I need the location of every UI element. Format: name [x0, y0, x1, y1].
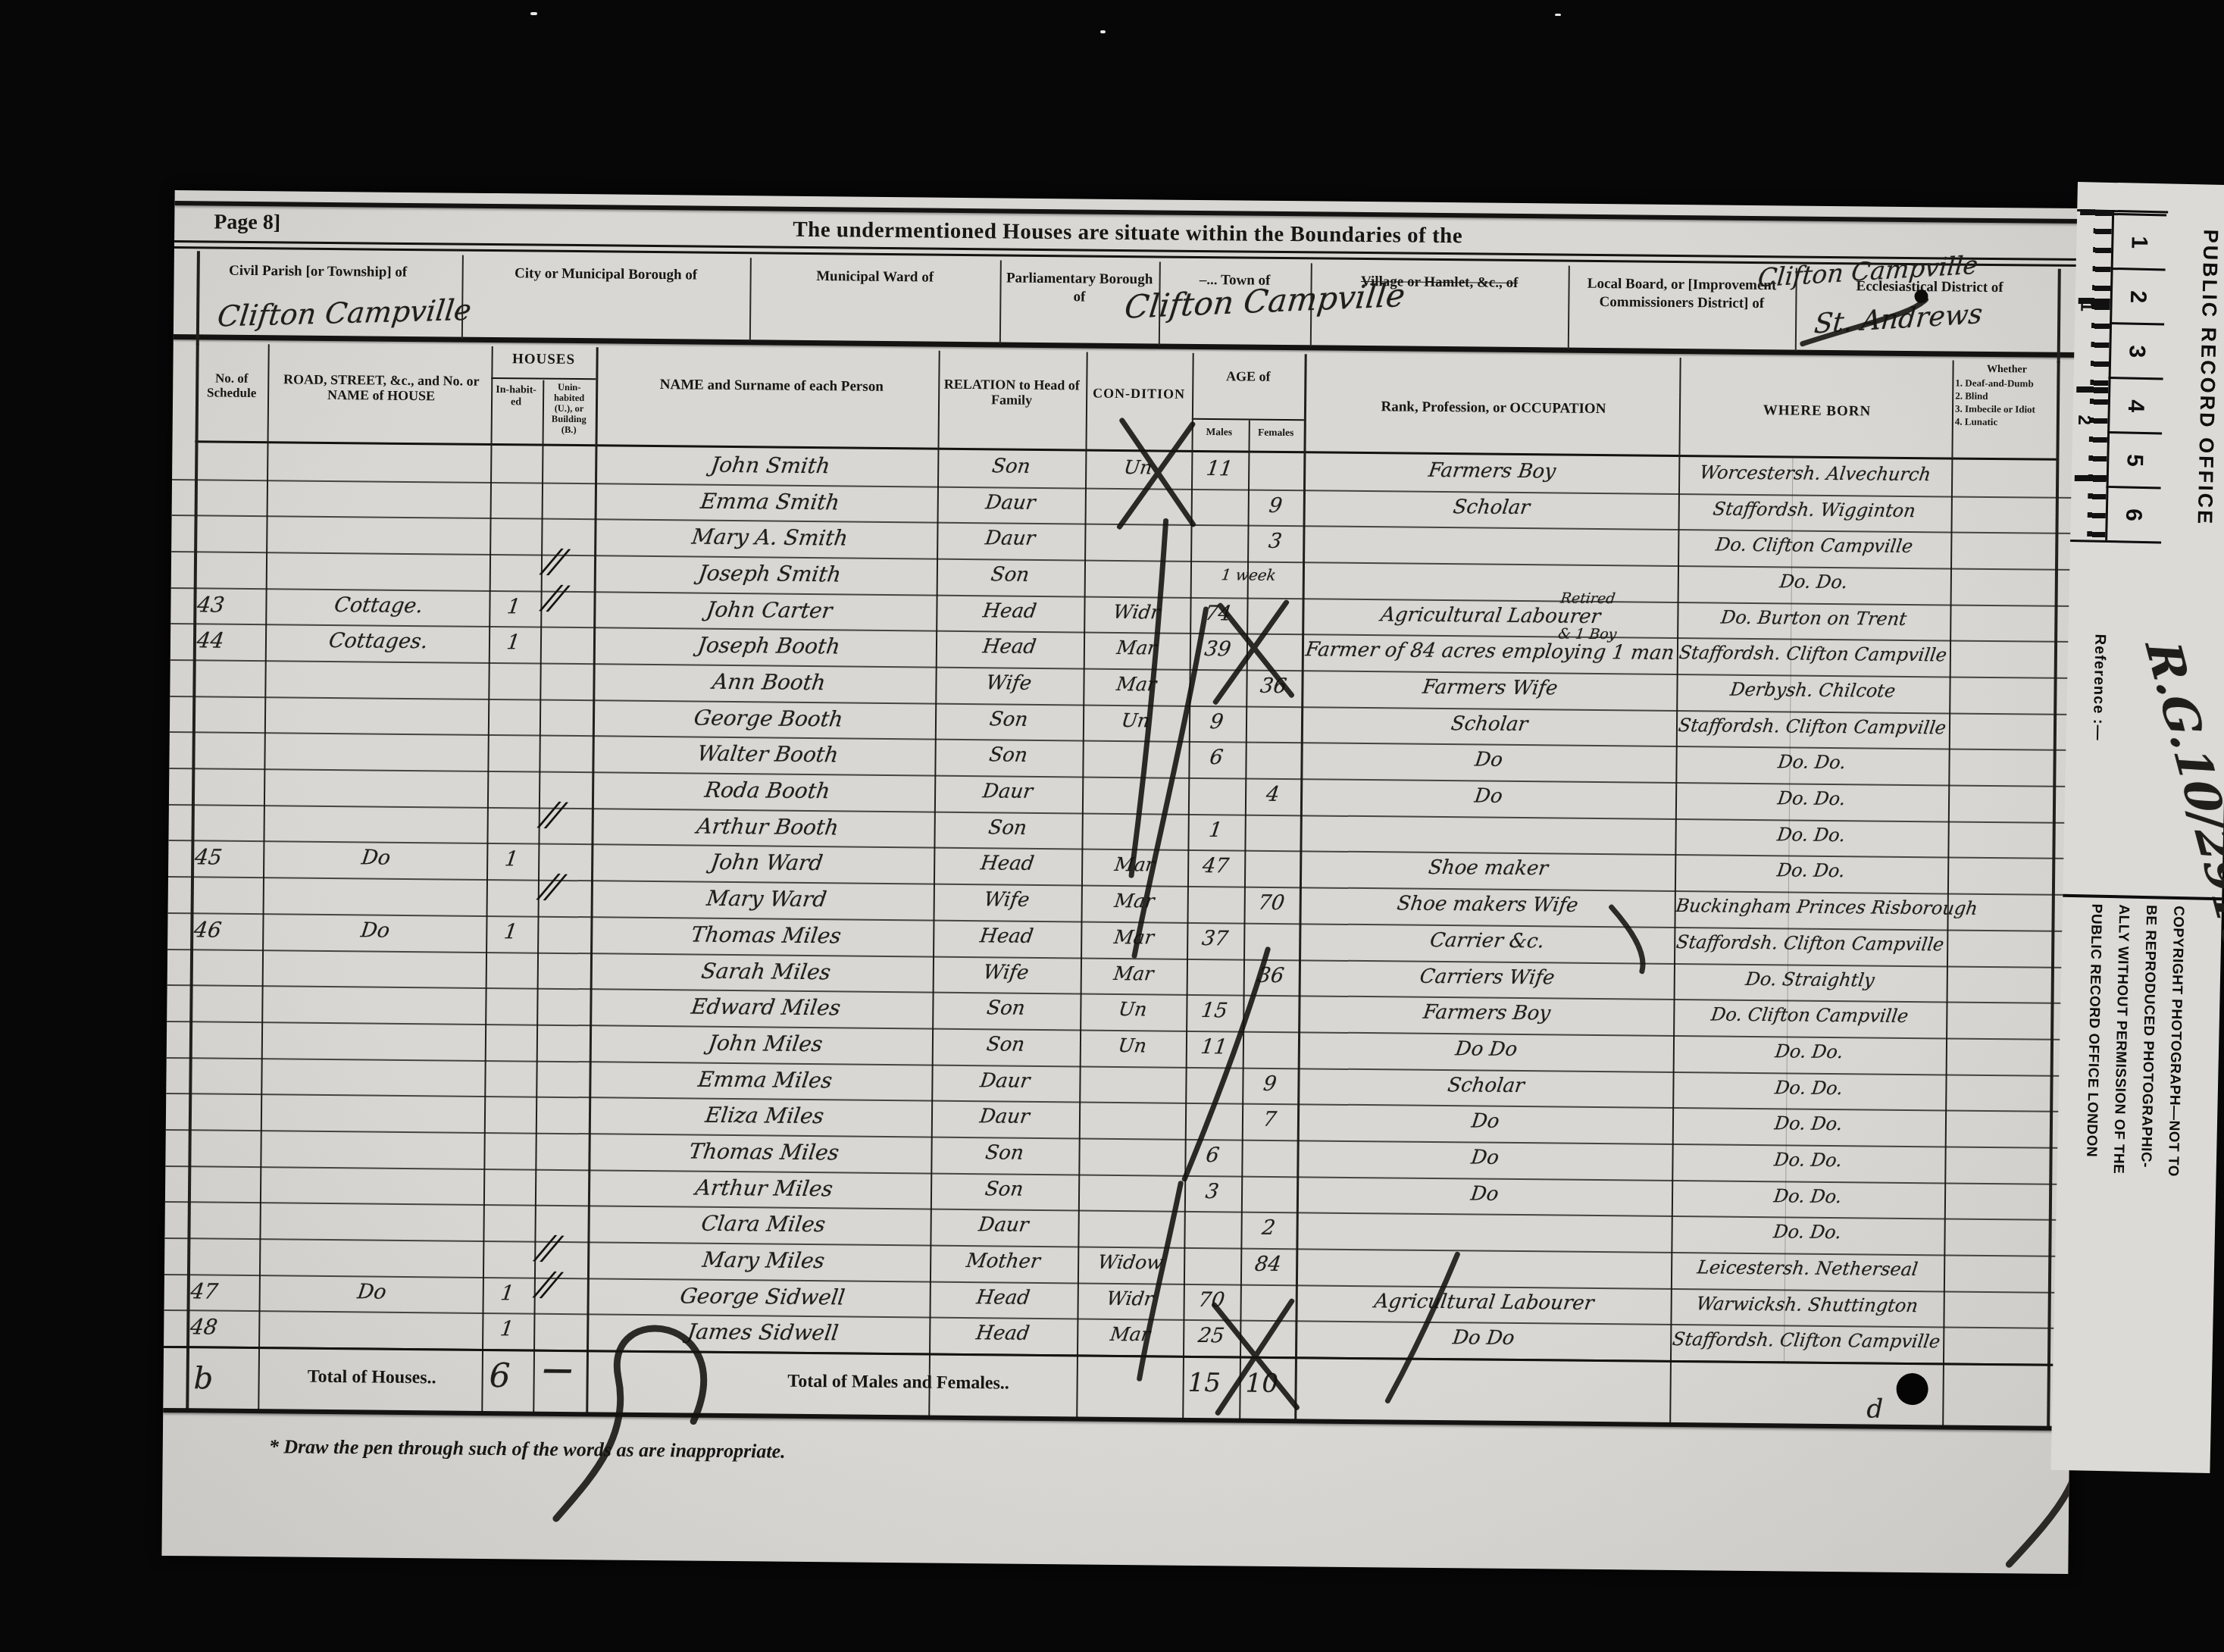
cell-name: Sarah Miles — [603, 957, 929, 986]
cell-rel-value: Wife — [985, 671, 1034, 695]
cell-rel: Son — [936, 743, 1080, 768]
cell-occ-note: & 1 Boy — [1504, 625, 1671, 644]
cell-road-value: Cottage. — [333, 593, 424, 618]
col-disability-title: Whether — [1955, 364, 2058, 377]
cell-agem-value: 1 week — [1220, 565, 1277, 584]
col-born: WHERE BORN — [1682, 402, 1952, 421]
cell-occ: Do Do — [1298, 1325, 1669, 1352]
cell-agem: 11 — [1187, 1035, 1240, 1059]
disability-item: 2. Blind — [1955, 390, 2061, 403]
cell-born-value: Buckingham Princes Risborough — [1675, 895, 1979, 919]
inch-label: 2 — [2073, 415, 2094, 425]
ruler-cell: 1 — [2111, 213, 2166, 268]
cell-born: Staffordsh. Clifton Campville — [1672, 1328, 1941, 1353]
cell-rel: Daur — [932, 1213, 1076, 1237]
cell-agef: 4 — [1247, 783, 1299, 807]
cell-cond-value: Un — [1117, 1034, 1148, 1056]
cell-sched-value: 48 — [189, 1315, 219, 1340]
film-speck — [1100, 30, 1106, 33]
cell-agem: 6 — [1186, 1144, 1239, 1168]
cell-cond: Widow — [1079, 1250, 1182, 1274]
cell-born: Do. Do. — [1672, 1220, 1942, 1244]
cell-road-value: Do — [359, 918, 391, 942]
cell-occ-value: Farmers Boy — [1427, 459, 1557, 483]
cell-road: Cottages. — [269, 629, 487, 655]
cell-agem: 1 week — [1192, 565, 1306, 585]
cell-rel-value: Head — [974, 1322, 1031, 1346]
cell-name: Mary A. Smith — [607, 524, 933, 552]
cell-agef: 9 — [1250, 493, 1302, 518]
cell-agem: 1 — [1190, 818, 1243, 843]
cell-rel-value: Daur — [984, 491, 1037, 515]
cell-occ: Do — [1300, 1181, 1670, 1207]
cell-name: Roda Booth — [605, 777, 931, 806]
cell-occ-value: Do Do — [1454, 1037, 1519, 1061]
cell-sched-value: 44 — [195, 628, 226, 653]
cell-name-value: Ann Booth — [711, 669, 827, 695]
cell-agef: 36 — [1245, 963, 1297, 987]
cell-agef-value: 84 — [1253, 1253, 1282, 1276]
cell-agem: 74 — [1191, 602, 1244, 626]
cell-name-value: John Miles — [706, 1031, 824, 1056]
cell-name: Edward Miles — [602, 993, 928, 1022]
cell-name-value: Emma Smith — [699, 488, 841, 515]
cell-born-value: Do. Do. — [1776, 824, 1847, 846]
total-houses-value: 6 — [489, 1356, 510, 1395]
cell-occ-value: Farmers Wife — [1421, 676, 1559, 700]
cell-rel-value: Son — [984, 1141, 1024, 1164]
cell-born-value: Worcestersh. Alvechurch — [1698, 461, 1932, 485]
cell-occ: Carrier &c. — [1302, 928, 1672, 954]
cell-inhab: 1 — [486, 920, 536, 944]
cell-cond: Mar — [1078, 1323, 1181, 1347]
cell-name-value: Edward Miles — [690, 994, 842, 1021]
cell-name: James Sidwell — [599, 1319, 925, 1347]
col-age: AGE of — [1192, 368, 1304, 385]
cell-rel-value: Son — [985, 1033, 1026, 1056]
cell-rel: Son — [937, 707, 1081, 731]
disability-item: 3. Imbecile or Idiot — [1955, 402, 2061, 416]
cell-name-value: Eliza Miles — [704, 1103, 826, 1128]
cell-inhab-value: 1 — [503, 920, 519, 943]
cell-agef-value: 7 — [1262, 1108, 1278, 1131]
cell-name-value: John Smith — [710, 452, 832, 478]
copyright-separator — [2063, 894, 2222, 900]
cell-sched-value: 46 — [192, 917, 223, 942]
corner-letter: d — [1866, 1394, 1883, 1424]
cell-agem-value: 3 — [1204, 1180, 1220, 1203]
cell-occ: Farmers Boy — [1306, 458, 1677, 484]
col-inhabited: In-habit-ed — [494, 384, 538, 408]
cell-born-value: Warwicksh. Shuttington — [1695, 1293, 1919, 1316]
cell-born: Do. Do. — [1676, 859, 1946, 883]
cell-sched-value: 43 — [195, 592, 226, 617]
cell-road: Cottage. — [269, 593, 487, 618]
house-tally-mark: ∕∕ — [539, 1260, 557, 1309]
cell-rel: Head — [937, 599, 1081, 623]
cell-agem-value: 37 — [1200, 927, 1229, 950]
col-name: NAME and Surname of each Person — [608, 376, 934, 395]
cell-rel-value: Son — [988, 708, 1029, 731]
cell-rel: Son — [932, 1177, 1076, 1201]
cell-agef-value: 9 — [1268, 494, 1284, 518]
cell-road: Do — [267, 846, 485, 871]
house-tally-mark: ∕∕ — [546, 574, 564, 623]
cell-born: Worcestersh. Alvechurch — [1680, 461, 1950, 486]
cell-agef-value: 70 — [1257, 891, 1286, 915]
cell-born: Do. Straightly — [1675, 968, 1945, 992]
cell-cond: Mar — [1084, 673, 1187, 696]
cell-agef-value: 4 — [1265, 783, 1281, 806]
col-relation: RELATION to Head of Family — [940, 377, 1084, 408]
cell-cond-value: Mar — [1113, 853, 1156, 875]
cell-name-value: Thomas Miles — [688, 1138, 841, 1165]
cell-name-value: Arthur Booth — [695, 813, 840, 840]
cell-cond: Mar — [1082, 962, 1185, 985]
cell-rel-value: Son — [988, 744, 1029, 767]
cell-born-value: Do. Do. — [1773, 1113, 1844, 1135]
cell-cond: Un — [1084, 709, 1187, 732]
cell-born: Do. Do. — [1677, 787, 1947, 811]
cell-rel: Head — [931, 1285, 1075, 1309]
cell-name-value: Clara Miles — [700, 1211, 827, 1237]
cell-name: Mary Miles — [600, 1246, 926, 1275]
cell-sched: 45 — [195, 845, 257, 871]
cell-rel-value: Head — [981, 636, 1037, 659]
total-houses-label: Total of Houses.. — [262, 1366, 482, 1389]
cell-name-value: Sarah Miles — [699, 958, 832, 984]
cell-rel-value: Head — [978, 925, 1034, 948]
cell-rel: Son — [934, 1033, 1078, 1057]
cell-rel-value: Daur — [979, 1069, 1031, 1093]
cell-name: John Ward — [604, 849, 930, 878]
cell-agem: 47 — [1189, 854, 1242, 878]
cell-agef: 7 — [1243, 1108, 1296, 1132]
cell-name-value: Joseph Booth — [696, 633, 842, 659]
cell-rel-value: Wife — [983, 888, 1031, 912]
cell-born: Derbysh. Chilcote — [1678, 678, 1947, 702]
totals-bottom-rule — [163, 1408, 2069, 1431]
cell-occ-value: Shoe maker — [1427, 856, 1550, 880]
cell-rel: Mother — [931, 1250, 1075, 1274]
cell-rel-value: Head — [981, 599, 1037, 623]
cell-born: Warwicksh. Shuttington — [1672, 1293, 1942, 1317]
cell-born: Staffordsh. Clifton Campville — [1675, 931, 1945, 956]
cell-road: Do — [266, 918, 484, 943]
house-tally-mark: ∕∕ — [543, 790, 561, 840]
cell-agem-value: 11 — [1200, 1035, 1228, 1059]
cell-rel-value: Daur — [977, 1213, 1030, 1237]
cell-inhab-value: 1 — [505, 631, 521, 655]
cell-name-value: George Sidwell — [679, 1283, 846, 1309]
cell-road-value: Do — [360, 846, 392, 870]
cell-occ: Scholar — [1306, 494, 1677, 521]
cell-name: John Smith — [608, 451, 934, 480]
cell-born-value: Staffordsh. Wigginton — [1712, 498, 1917, 521]
col-age-males: Males — [1192, 426, 1247, 438]
cell-rel-value: Daur — [984, 527, 1037, 551]
cell-name-value: Arthur Miles — [694, 1175, 834, 1201]
cell-rel-value: Wife — [982, 961, 1031, 984]
cell-agem-value: 39 — [1203, 637, 1232, 661]
ruler-cell: 5 — [2107, 431, 2162, 487]
cell-cond-value: Un — [1121, 709, 1152, 731]
cell-cond: Widr — [1085, 600, 1188, 624]
ruler-cell-number: 5 — [2121, 453, 2147, 466]
cell-agem-value: 6 — [1209, 746, 1225, 770]
record-office-card: 12 123456 PUBLIC RECORD OFFICE Reference… — [2050, 182, 2224, 1473]
cell-born-value: Staffordsh. Clifton Campville — [1672, 1328, 1942, 1352]
cell-born-value: Do. Burton on Trent — [1719, 606, 1907, 629]
cell-agem: 39 — [1191, 637, 1244, 662]
cell-rel-value: Head — [979, 853, 1035, 876]
cell-occ: Do — [1300, 1144, 1670, 1171]
cell-occ-value: Agricultural Labourer — [1372, 1290, 1595, 1315]
cell-cond-value: Mar — [1109, 1323, 1151, 1345]
civil-parish-value: Clifton Campville — [216, 293, 474, 333]
cell-name: Thomas Miles — [603, 921, 929, 950]
cell-inhab-value: 1 — [504, 848, 520, 871]
cell-born-value: Do. Do. — [1777, 787, 1847, 809]
cell-inhab: 1 — [482, 1317, 532, 1341]
cell-born: Do. Do. — [1675, 1040, 1944, 1064]
cell-name-value: Walter Booth — [696, 741, 840, 768]
cell-occ-value: Carrier &c. — [1428, 929, 1546, 953]
cell-agem-value: 6 — [1205, 1144, 1221, 1167]
total-uninhabited-value: — — [543, 1351, 573, 1387]
total-males-value: 15 — [1187, 1368, 1221, 1398]
cell-rel: Daur — [933, 1068, 1077, 1093]
cell-agem: 6 — [1190, 746, 1243, 770]
col-schedule: No. of Schedule — [195, 371, 267, 400]
cell-name-value: Emma Miles — [696, 1066, 834, 1093]
cell-rel: Wife — [935, 888, 1079, 912]
cell-name: Emma Smith — [608, 487, 934, 516]
cell-name: Ann Booth — [605, 668, 931, 697]
cell-name: Eliza Miles — [602, 1102, 927, 1131]
total-females-value: 10 — [1245, 1369, 1278, 1399]
ruler-cell-number: 4 — [2122, 399, 2148, 411]
cell-occ-value: Farmers Boy — [1422, 1001, 1552, 1025]
cell-rel: Wife — [934, 960, 1078, 984]
cell-name: Arthur Booth — [605, 812, 931, 841]
cell-name: Thomas Miles — [601, 1137, 927, 1166]
cell-cond: Un — [1081, 998, 1184, 1022]
cell-rel: Daur — [933, 1105, 1077, 1129]
cell-agef: 84 — [1242, 1253, 1294, 1277]
cell-inhab: 1 — [489, 595, 539, 619]
cell-occ-value: Scholar — [1452, 496, 1531, 519]
cell-name-value: Thomas Miles — [690, 921, 843, 948]
cell-cond: Mar — [1083, 853, 1186, 877]
cell-agem: 25 — [1184, 1324, 1237, 1348]
ruler-cell-number: 1 — [2125, 236, 2151, 249]
cell-inhab-value: 1 — [506, 595, 522, 618]
cell-born-value: Staffordsh. Clifton Campville — [1675, 931, 1946, 955]
cell-agem: 70 — [1185, 1287, 1238, 1312]
cell-born-value: Do. Do. — [1772, 1185, 1843, 1207]
film-speck — [1555, 14, 1561, 16]
cell-born-value: Do. Straightly — [1744, 968, 1875, 990]
col-uninhabited: Unin-habited (U.), or Building (B.) — [546, 382, 593, 436]
cell-agem: 11 — [1193, 457, 1246, 481]
cell-agem: 37 — [1188, 927, 1241, 951]
cell-road: Do — [263, 1279, 481, 1305]
cell-agef-value: 36 — [1259, 674, 1288, 698]
cell-name-value: James Sidwell — [686, 1319, 840, 1346]
cell-name-value: Mary Ward — [705, 886, 828, 912]
cell-agef: 9 — [1243, 1072, 1296, 1096]
cell-occ: Do Do — [1301, 1036, 1672, 1062]
cell-rel-value: Son — [990, 455, 1031, 477]
cell-rel: Head — [937, 635, 1081, 659]
cell-rel: Wife — [937, 671, 1081, 696]
cell-born-value: Staffordsh. Clifton Campville — [1678, 715, 1948, 738]
cell-agem-value: 11 — [1205, 457, 1234, 480]
cell-name: Joseph Booth — [606, 632, 932, 661]
house-tally-mark: ∕∕ — [543, 862, 561, 912]
cell-born: Staffordsh. Clifton Campville — [1678, 715, 1947, 739]
cell-born-value: Derbysh. Chilcote — [1729, 679, 1897, 702]
disability-item: 4. Lunatic — [1955, 415, 2061, 429]
cell-rel: Son — [936, 815, 1080, 840]
copyright-notice: COPYRIGHT PHOTOGRAPH—NOT TOBE REPRODUCED… — [2073, 903, 2191, 1330]
cell-born: Do. Burton on Trent — [1678, 606, 1948, 630]
cell-occ: Do — [1303, 747, 1674, 774]
cell-rel-value: Son — [985, 997, 1026, 1020]
cell-occ-value: Do — [1470, 1110, 1500, 1133]
cell-born-value: Do. Do. — [1778, 571, 1849, 593]
cell-rel: Son — [934, 997, 1078, 1021]
cell-cond: Un — [1087, 456, 1190, 480]
cell-cond-value: Mar — [1115, 673, 1157, 695]
district-cell-1: City or Municipal Borough of — [461, 254, 750, 342]
cell-agem: 9 — [1190, 710, 1243, 734]
cell-rel: Daur — [936, 780, 1080, 804]
cell-rel: Head — [934, 924, 1078, 948]
cell-agem-value: 1 — [1208, 818, 1224, 842]
cell-inhab: 1 — [486, 847, 536, 871]
cell-agef-value: 2 — [1260, 1216, 1276, 1240]
inch-label: 1 — [2075, 301, 2097, 311]
cell-inhab-value: 1 — [499, 1317, 515, 1341]
cell-sched-value: 45 — [193, 845, 224, 870]
cell-born: Do. Do. — [1673, 1184, 1943, 1209]
cell-name-value: Mary Miles — [701, 1247, 826, 1274]
cell-rel-value: Daur — [981, 780, 1034, 803]
ruler-cell-number: 6 — [2120, 508, 2146, 521]
cell-agem-value: 15 — [1200, 999, 1228, 1022]
cell-sched: 48 — [190, 1315, 252, 1341]
cell-sched: 47 — [191, 1278, 253, 1305]
cell-agem-value: 70 — [1196, 1288, 1225, 1312]
cell-sched: 46 — [194, 917, 256, 943]
cell-name: Joseph Smith — [607, 559, 933, 588]
cell-occ: Do — [1300, 1109, 1671, 1135]
cell-sched: 43 — [197, 592, 259, 618]
cell-name: George Booth — [605, 704, 931, 733]
cell-name: George Sidwell — [600, 1282, 926, 1311]
cell-occ-value: Shoe makers Wife — [1396, 893, 1580, 917]
cell-born: Do. Do. — [1677, 750, 1947, 774]
cell-occ-value: Do — [1469, 1182, 1500, 1205]
cell-agem: 15 — [1187, 999, 1240, 1023]
cell-road-value: Do — [356, 1280, 388, 1303]
cell-rel-value: Son — [984, 1178, 1024, 1200]
cell-born: Staffordsh. Wigginton — [1680, 498, 1950, 522]
ruler-cell: 3 — [2109, 322, 2164, 377]
cell-rel: Head — [935, 852, 1079, 876]
cell-occ-value: Do — [1473, 785, 1503, 808]
footnote: * Draw the pen through such of the words… — [269, 1435, 786, 1463]
cell-name-value: George Booth — [693, 705, 845, 731]
cell-born: Do. Clifton Campville — [1679, 533, 1949, 558]
cell-occ-value: Carriers Wife — [1419, 965, 1556, 989]
cell-born-value: Do. Do. — [1773, 1149, 1844, 1171]
cell-rel: Son — [938, 563, 1082, 587]
ruler-cell-number: 3 — [2123, 344, 2149, 357]
cell-agef: 70 — [1246, 891, 1298, 915]
cell-cond: Mar — [1082, 925, 1185, 949]
cell-agem-value: 47 — [1201, 855, 1230, 878]
ruler-cell-number: 2 — [2125, 289, 2150, 302]
cell-born: Do. Do. — [1673, 1148, 1943, 1172]
ruler-cell: 4 — [2107, 377, 2163, 432]
cell-cond-value: Un — [1123, 456, 1154, 478]
cell-name-value: Roda Booth — [703, 778, 831, 804]
cell-cond-value: Widow — [1096, 1251, 1165, 1274]
cell-sched: 44 — [197, 628, 259, 655]
cell-rel: Son — [932, 1141, 1076, 1165]
cell-occ-note-value: & 1 Boy — [1557, 626, 1618, 643]
disability-item: 1. Deaf-and-Dumb — [1955, 377, 2061, 391]
cell-sched-value: 47 — [189, 1278, 220, 1303]
cell-name-value: John Carter — [705, 596, 834, 623]
cell-cond-value: Mar — [1112, 926, 1155, 948]
cell-cond-value: Mar — [1112, 962, 1155, 984]
cell-occ: Agricultural Labourer — [1299, 1289, 1669, 1316]
cell-occ: Farmers Wife — [1304, 674, 1675, 701]
cell-occ-value: Do — [1470, 1146, 1500, 1169]
cell-born-value: Do. Do. — [1774, 1077, 1844, 1099]
cell-rel: Head — [931, 1322, 1074, 1346]
cell-occ: Scholar — [1300, 1072, 1671, 1099]
ruler-number-cells: 123456 — [2078, 182, 2224, 185]
cell-occ-note: Retired — [1505, 590, 1672, 609]
cell-agef-value: 3 — [1267, 530, 1283, 553]
cell-occ-value: Do — [1474, 749, 1504, 771]
cell-agef: 36 — [1247, 674, 1300, 699]
cell-agef-value: 9 — [1262, 1072, 1278, 1095]
cell-occ-value: Scholar — [1446, 1074, 1525, 1097]
col-disability-items: 1. Deaf-and-Dumb2. Blind3. Imbecile or I… — [1955, 377, 2062, 430]
district-label: Municipal Ward of — [750, 267, 1000, 287]
district-label: City or Municipal Borough of — [462, 264, 750, 285]
cell-name: Mary Ward — [604, 885, 930, 914]
cell-rel-value: Head — [975, 1286, 1031, 1309]
cell-cond: Mar — [1083, 890, 1186, 913]
cell-cond-value: Widr — [1106, 1287, 1155, 1309]
col-road: ROAD, STREET, &c., and No. or NAME of HO… — [275, 371, 487, 404]
film-speck — [530, 12, 537, 15]
cell-born-value: Staffordsh. Clifton Campville — [1678, 642, 1949, 665]
cell-name-value: John Ward — [709, 849, 824, 875]
cell-born: Do. Do. — [1679, 570, 1949, 594]
cell-name: John Miles — [602, 1029, 928, 1058]
cell-name: Walter Booth — [605, 740, 931, 769]
cell-born-value: Do. Do. — [1776, 860, 1847, 882]
cell-born-value: Leicestersh. Netherseal — [1696, 1256, 1919, 1280]
